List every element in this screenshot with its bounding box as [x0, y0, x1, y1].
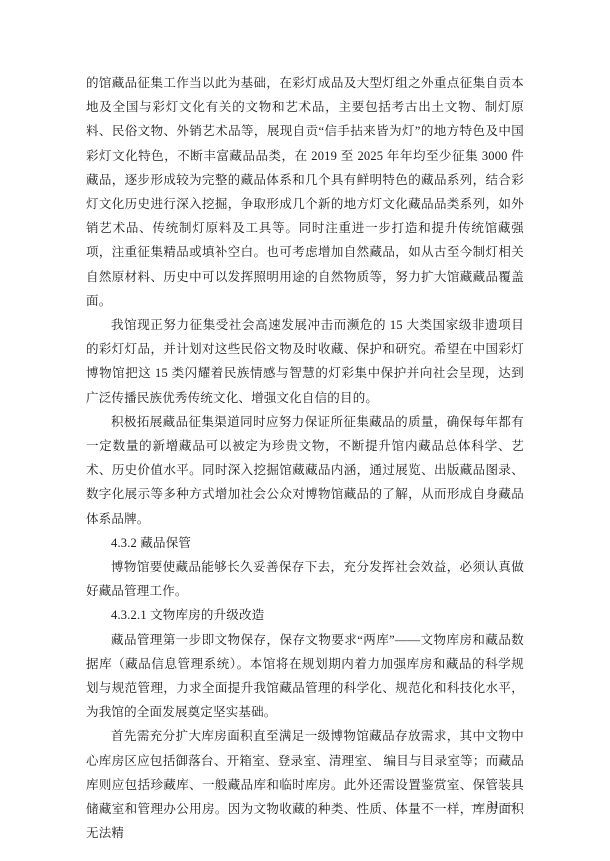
document-content: 的馆藏品征集工作当以此为基础，在彩灯成品及大型灯组之外重点征集自贡本地及全国与彩… — [86, 71, 524, 846]
section-heading: 4.3.2 藏品保管 — [86, 531, 524, 555]
document-page: 的馆藏品征集工作当以此为基础，在彩灯成品及大型灯组之外重点征集自贡本地及全国与彩… — [0, 0, 610, 861]
section-heading: 4.3.2.1 文物库房的升级改造 — [86, 603, 524, 627]
paragraph: 的馆藏品征集工作当以此为基础，在彩灯成品及大型灯组之外重点征集自贡本地及全国与彩… — [86, 71, 524, 313]
paragraph: 首先需充分扩大库房面积直至满足一级博物馆藏品存放需求，其中文物中心库房区应包括御… — [86, 724, 524, 845]
paragraph: 积极拓展藏品征集渠道同时应努力保证所征集藏品的质量，确保每年都有一定数量的新增藏… — [86, 410, 524, 531]
paragraph: 博物馆要使藏品能够长久妥善保存下去，充分发挥社会效益，必须认真做好藏品管理工作。 — [86, 555, 524, 603]
page-number: — 31 — — [472, 799, 517, 811]
paragraph: 我馆现正努力征集受社会高速发展冲击而濒危的 15 大类国家级非遗项目的彩灯灯品，… — [86, 313, 524, 410]
paragraph: 藏品管理第一步即文物保存，保存文物要求“两库”——文物库房和藏品数据库（藏品信息… — [86, 628, 524, 725]
